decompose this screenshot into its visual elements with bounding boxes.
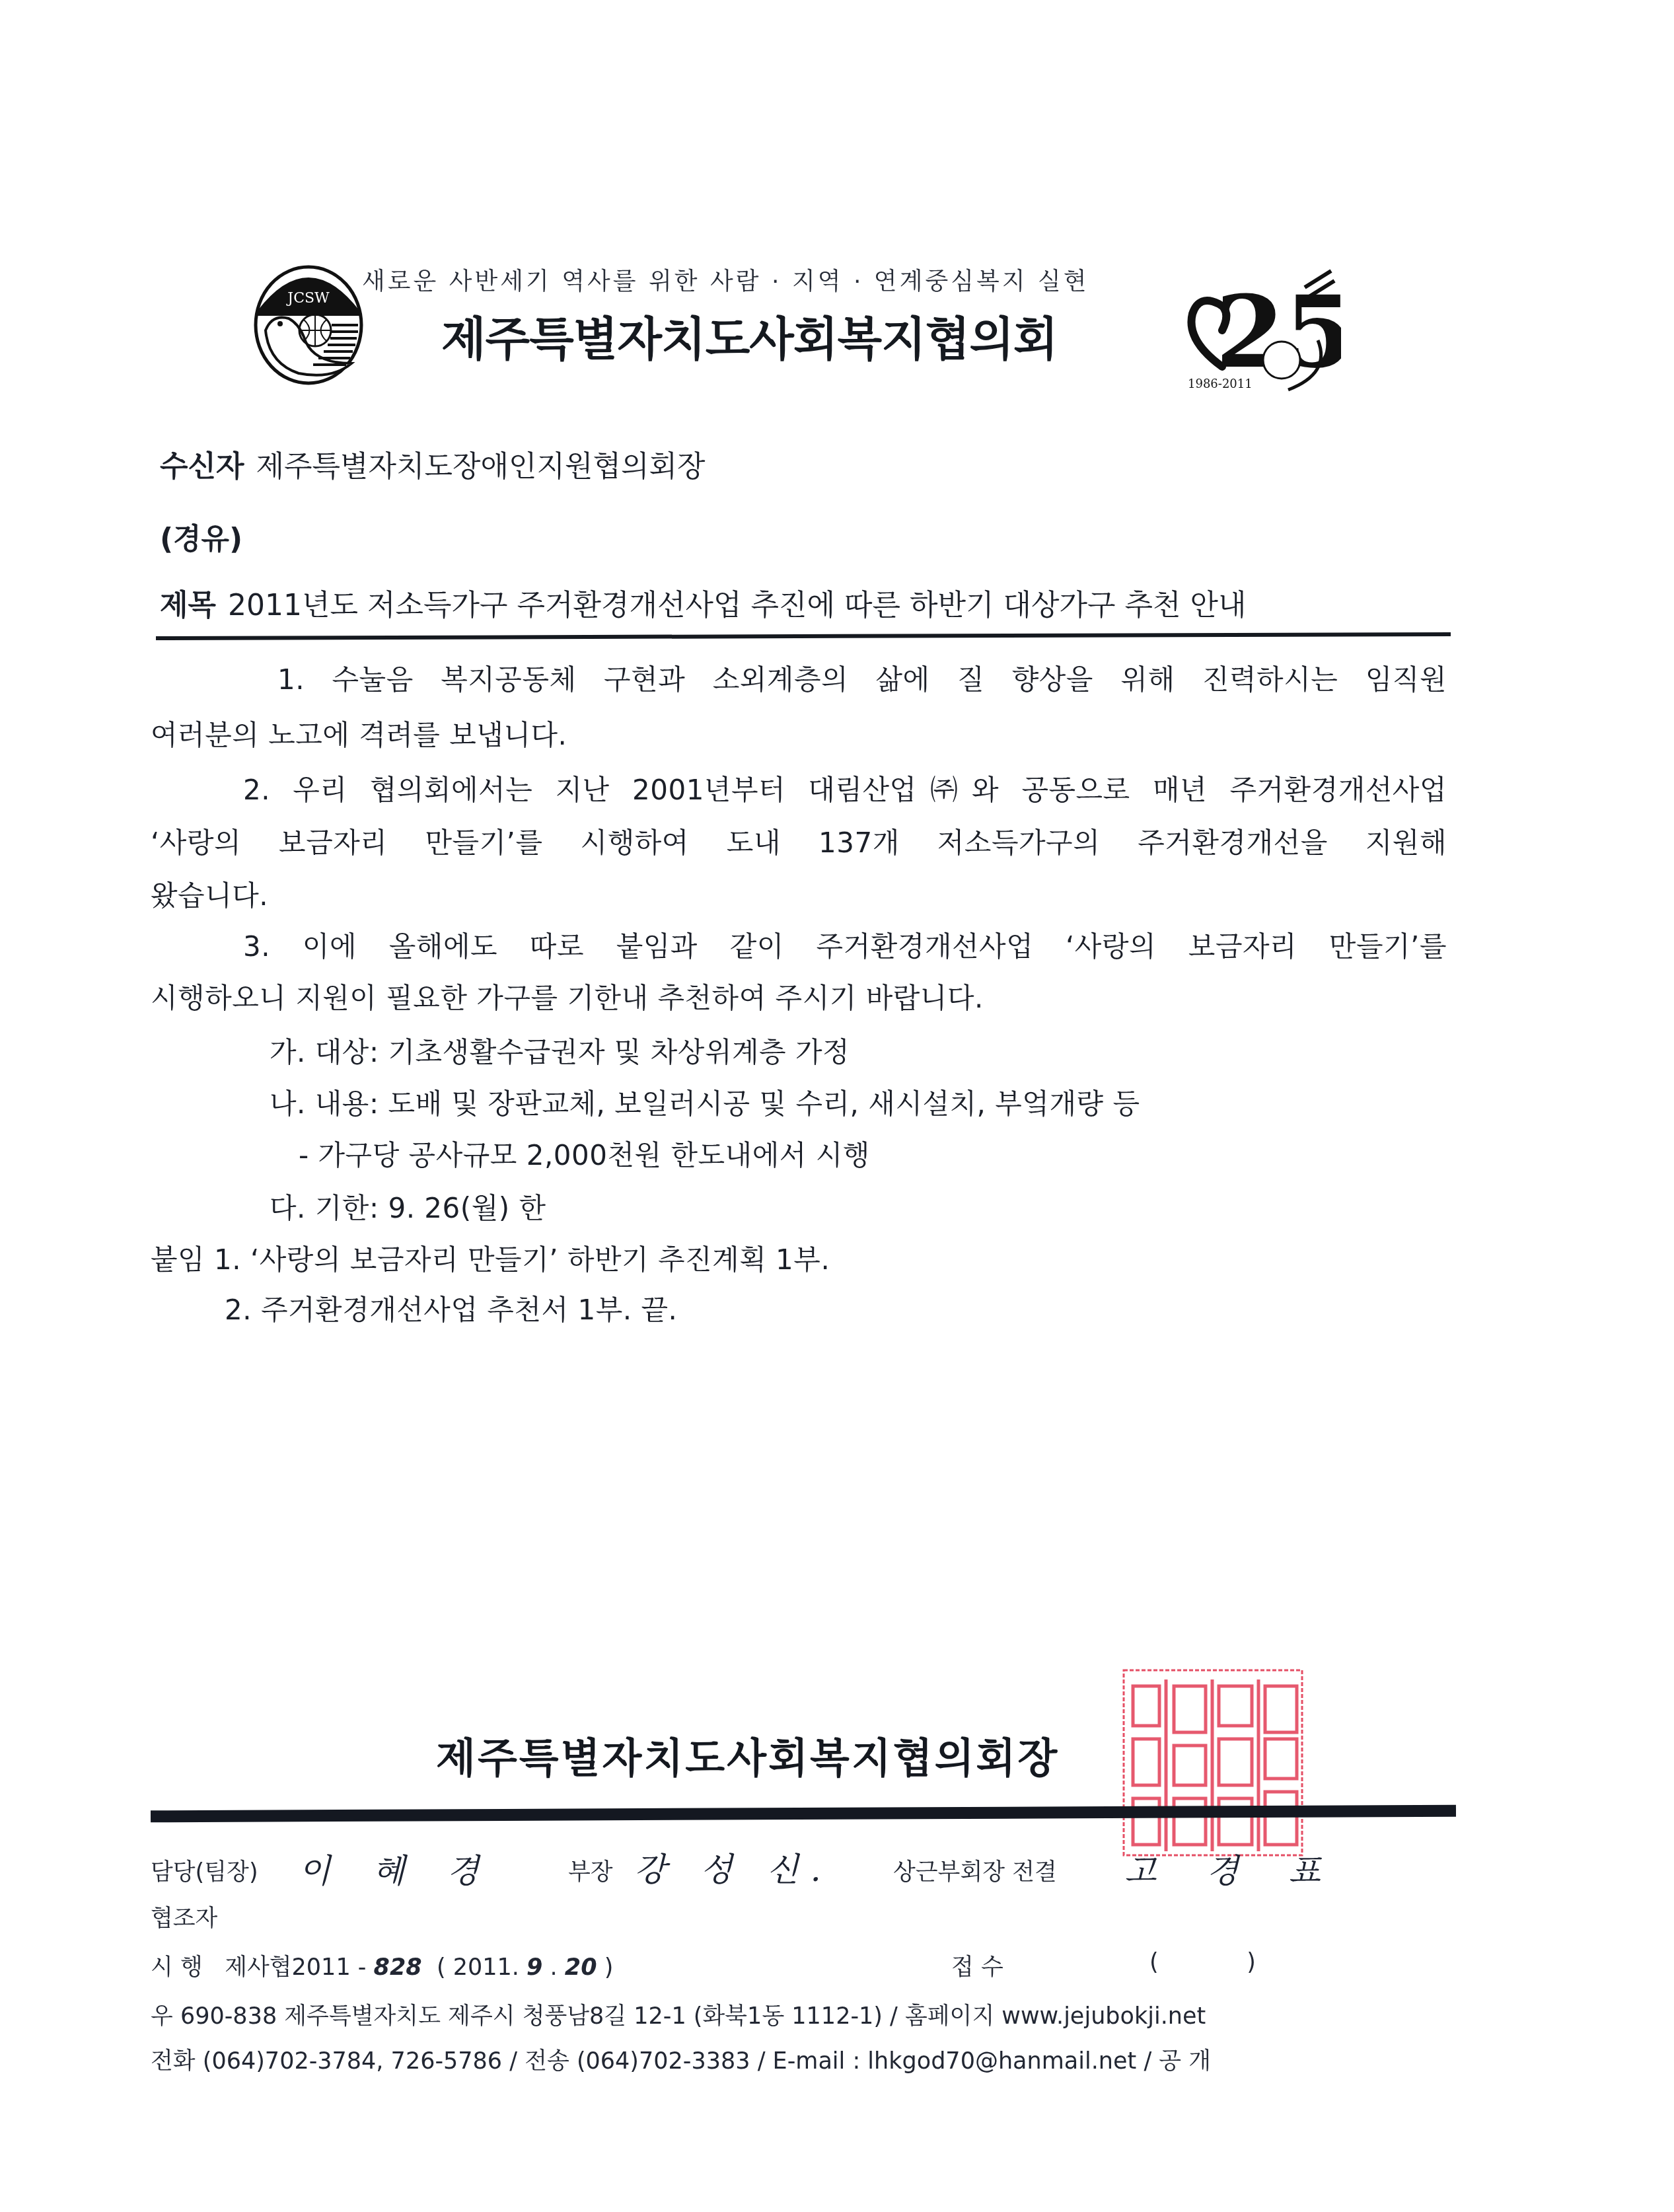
item-na-sub: - 가구당 공사규모 2,000천원 한도내에서 시행: [299, 1134, 870, 1173]
contact-line: 전화 (064)702-3784, 726-5786 / 전송 (064)702…: [151, 2043, 1211, 2076]
vp-label: 상근부회장 전결: [893, 1854, 1057, 1887]
manager-label: 담당(팀장): [151, 1854, 258, 1887]
organization-title: 제주특별자치도사회복지협의회: [441, 303, 1058, 369]
subject-label: 제목: [160, 589, 216, 622]
attachment-1: 붙임 1. ‘사랑의 보금자리 만들기’ 하반기 추진계획 1부.: [151, 1238, 830, 1278]
jcsw-logo-icon: JCSW: [252, 264, 365, 387]
via-row: (경유): [160, 515, 254, 558]
recipient-label: 수신자: [160, 450, 244, 484]
subject-divider: [156, 632, 1451, 640]
anniversary-25-logo-icon: 25 1986-2011: [1183, 268, 1341, 393]
sender-title: 제주특별자치도사회복지협의회장: [436, 1726, 1059, 1785]
item-ga-target: 가. 대상: 기초생활수급권자 및 차상위계층 가정: [270, 1031, 850, 1070]
item-na-content: 나. 내용: 도배 및 장판교체, 보일러시공 및 수리, 새시설치, 부엌개량…: [270, 1082, 1140, 1122]
paragraph-2-line-2: ‘사랑의 보금자리 만들기’를 시행하여 도내 137개 저소득가구의 주거환경…: [151, 821, 1447, 861]
slogan: 새로운 사반세기 역사를 위한 사람 · 지역 · 연계중심복지 실현: [362, 263, 1089, 297]
recipient-value: 제주특별자치도장애인지원협의회장: [256, 450, 706, 484]
item-da-deadline: 다. 기한: 9. 26(월) 한: [270, 1187, 546, 1226]
issue-dot: .: [550, 1954, 558, 1981]
subject-value: 2011년도 저소득가구 주거환경개선사업 추진에 따른 하반기 대상가구 추천…: [228, 589, 1247, 622]
receipt-label: 접 수: [951, 1949, 1003, 1982]
receipt-value: ( ): [1149, 1949, 1256, 1975]
issue-label: 시 행: [151, 1954, 203, 1981]
issue-date-close: ): [604, 1954, 614, 1981]
director-label: 부장: [568, 1854, 613, 1887]
cooperator-label: 협조자: [151, 1900, 217, 1933]
address-line: 우 690-838 제주특별자치도 제주시 청풍남8길 12-1 (화북1동 1…: [151, 1998, 1206, 2031]
issue-date-open: ( 2011.: [437, 1954, 519, 1981]
issue-month: 9: [527, 1954, 542, 1981]
paragraph-2-line-3: 왔습니다.: [151, 874, 268, 914]
paragraph-2-line-1: 2. 우리 협의회에서는 지난 2001년부터 대림산업㈜와 공동으로 매년 주…: [243, 768, 1447, 808]
subject-row: 제목2011년도 저소득가구 주거환경개선사업 추진에 따른 하반기 대상가구 …: [160, 581, 1247, 624]
director-signature: 강 성 신.: [634, 1843, 833, 1891]
svg-text:JCSW: JCSW: [286, 290, 330, 307]
paragraph-1-line-1: 1. 수눌음 복지공동체 구현과 소외계층의 삶에 질 향상을 위해 진력하시는…: [277, 658, 1447, 698]
issue-number: 828: [374, 1954, 422, 1981]
issue-row: 시 행 제사협2011 - 828 ( 2011. 9 . 20 ): [151, 1949, 613, 1982]
official-seal-icon: [1120, 1666, 1311, 1864]
svg-text:1986-2011: 1986-2011: [1188, 377, 1253, 391]
paragraph-3-line-1: 3. 이에 올해에도 따로 붙임과 같이 주거환경개선사업 ‘사랑의 보금자리 …: [243, 925, 1447, 965]
issue-day: 20: [565, 1954, 597, 1981]
manager-signature: 이 혜 경: [299, 1845, 495, 1892]
paragraph-1-line-2: 여러분의 노고에 격려를 보냅니다.: [151, 714, 567, 753]
paragraph-3-line-2: 시행하오니 지원이 필요한 가구를 기한내 추천하여 주시기 바랍니다.: [151, 977, 984, 1016]
issue-number-prefix: 제사협2011 -: [225, 1954, 366, 1981]
attachment-2: 2. 주거환경개선사업 추천서 1부. 끝.: [225, 1288, 677, 1328]
via-label: (경유): [160, 523, 242, 556]
vp-signature: 고 경 표: [1124, 1845, 1340, 1892]
recipient-row: 수신자제주특별자치도장애인지원협의회장: [160, 443, 706, 485]
